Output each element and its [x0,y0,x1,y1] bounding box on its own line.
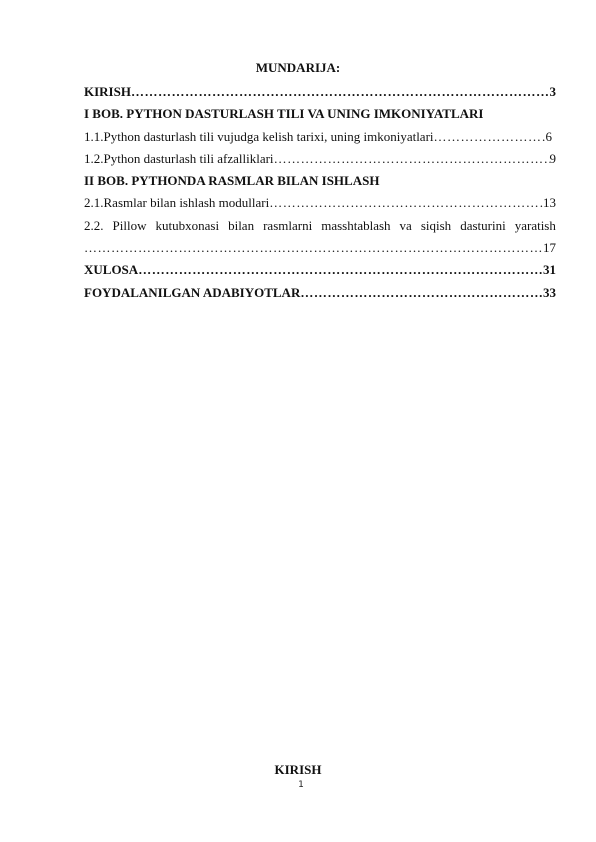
toc-heading-chapter-2[interactable]: II BOB. PYTHONDA RASMLAR BILAN ISHLASH [84,170,556,192]
dot-leader [84,237,543,259]
toc-entry-2-1[interactable]: 2.1.Rasmlar bilan ishlash modullari 13 [84,192,556,214]
dot-leader [300,282,543,304]
document-page: MUNDARIJA: KIRISH 3 I BOB. PYTHON DASTUR… [0,0,596,842]
dot-leader [131,81,550,103]
toc-title: MUNDARIJA: [0,60,596,76]
toc-entry-2-2-line-2[interactable]: 17 [84,237,556,259]
dot-leader [434,126,546,148]
toc-page-number: 33 [543,282,556,304]
toc-entry-xulosa[interactable]: XULOSA 31 [84,259,556,281]
toc-page-number: 13 [543,192,556,214]
toc-entry-kirish[interactable]: KIRISH 3 [84,81,556,103]
toc-page-number: 17 [543,237,556,259]
dot-leader [269,192,543,214]
toc-page-number: 9 [550,148,557,170]
toc-page-number: 3 [550,81,557,103]
toc-entry-adabiyotlar[interactable]: FOYDALANILGAN ADABIYOTLAR 33 [84,282,556,304]
dot-leader [274,148,550,170]
next-section-heading: KIRISH [0,762,596,778]
page-number: 1 [0,780,596,790]
table-of-contents: KIRISH 3 I BOB. PYTHON DASTURLASH TILI V… [84,81,556,304]
toc-entry-1-1[interactable]: 1.1.Python dasturlash tili vujudga kelis… [84,126,556,148]
dot-leader [138,259,543,281]
toc-page-number: 31 [543,259,556,281]
toc-entry-1-2[interactable]: 1.2.Python dasturlash tili afzalliklari … [84,148,556,170]
toc-entry-2-2-line-1[interactable]: 2.2. Pillow kutubxonasi bilan rasmlarni … [84,215,556,237]
toc-heading-chapter-1[interactable]: I BOB. PYTHON DASTURLASH TILI VA UNING I… [84,103,556,125]
toc-page-number: 6 [546,126,553,148]
